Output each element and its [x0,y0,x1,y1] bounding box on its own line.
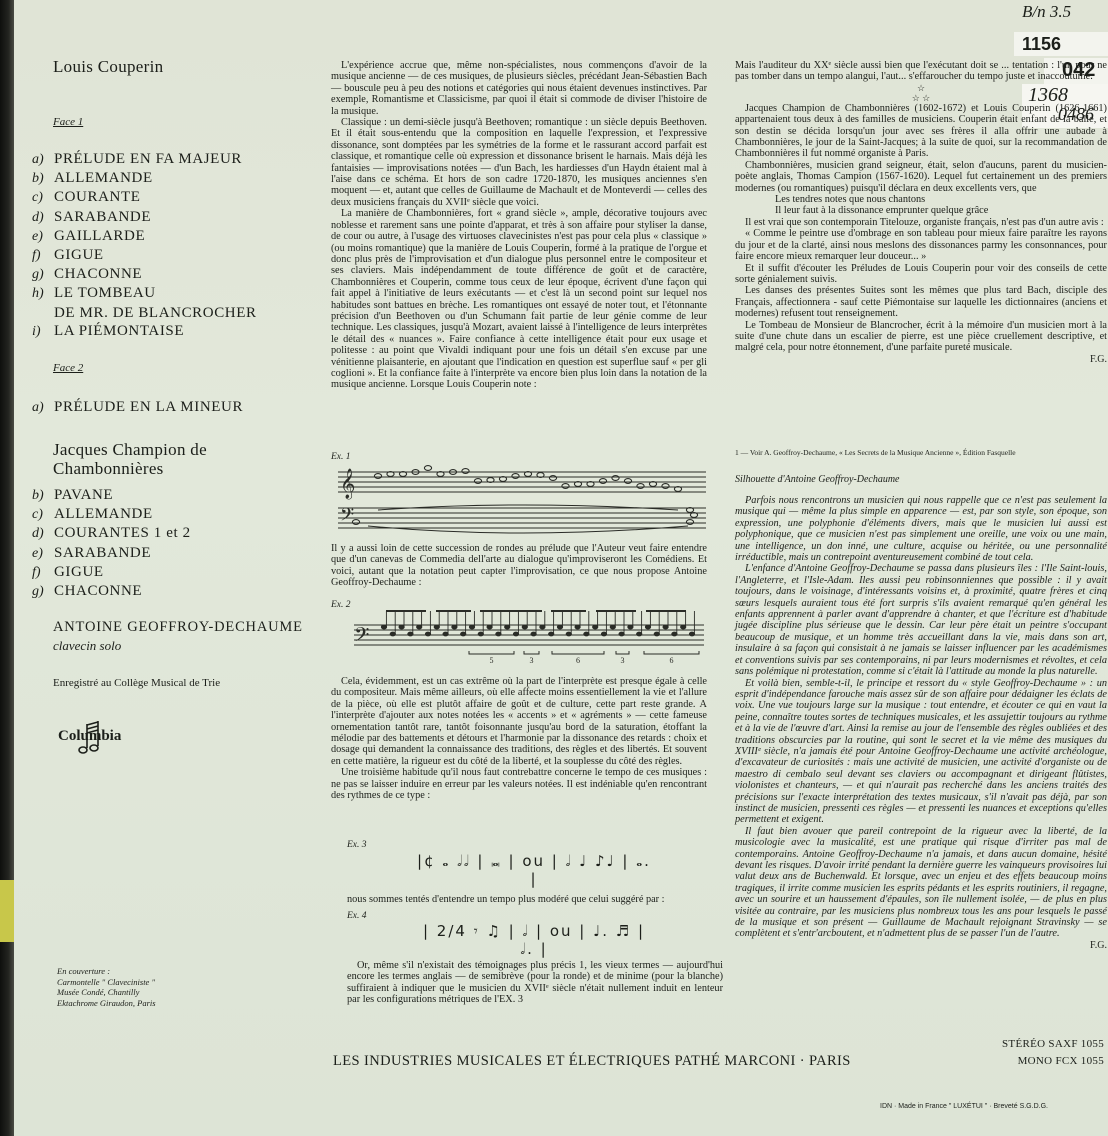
liner-notes-middle-2: Il y a aussi loin de cette succession de… [331,543,707,589]
track-item: e)SARABANDE [32,544,191,563]
track-letter: a) [32,151,54,169]
track-letter: b) [32,170,54,188]
liner-notes-middle-5: Or, même s'il n'existait des témoignages… [347,960,723,1006]
track-title: CHACONNE [54,583,142,599]
paragraph: Il faut bien avouer que pareil contrepoi… [735,826,1107,940]
track-item: g)CHACONNE [32,582,191,601]
svg-text:𝄢: 𝄢 [340,505,354,530]
track-item: c)COURANTE [32,188,257,207]
face-2-tracklist: b)PAVANEc)ALLEMANDEd)COURANTES 1 et 2e)S… [32,486,191,601]
mono-catalog-number: MONO FCX 1055 [954,1053,1104,1070]
inventory-sticker-1: 1156 [1014,32,1108,56]
svg-text:𝄞: 𝄞 [340,468,355,500]
inventory-number-1: 1156 [1022,34,1061,55]
record-sleeve-back: B/n 3.5 1156 042 1368 0486 Louis Couperi… [14,0,1108,1136]
track-item: d)SARABANDE [32,208,257,227]
track-letter: d) [32,209,54,227]
credit-line: Carmontelle " Claveciniste " [57,977,156,988]
face-1-tracklist: a)PRÉLUDE EN FA MAJEURb)ALLEMANDEc)COURA… [32,150,257,341]
track-title: GIGUE [54,247,104,263]
composer-heading-couperin: Louis Couperin [53,57,163,77]
credit-line: En couverture : [57,966,156,977]
track-letter: e) [32,228,54,246]
track-title: GAILLARDE [54,228,145,244]
composer-line-1: Jacques Champion de [53,440,207,459]
example-3-rhythm: |¢ 𝅝 𝅗𝅥𝅗𝅥 | 𝅜 | ou | 𝅗𝅥 ♩ ♪♩ | 𝅝. | [414,852,654,888]
paragraph: Parfois nous rencontrons un musicien qui… [735,495,1107,563]
svg-text:3: 3 [621,656,625,665]
svg-text:6: 6 [576,656,580,665]
track-letter: c) [32,189,54,207]
paragraph: Jacques Champion de Chambonnières (1602-… [735,103,1107,160]
track-title: COURANTES 1 et 2 [54,525,191,541]
paragraph: Les danses des présentes Suites sont les… [735,285,1107,319]
silhouette-heading: Silhouette d'Antoine Geoffroy-Dechaume [735,474,900,485]
example-4-label: Ex. 4 [347,911,367,921]
track-item: DE MR. DE BLANCROCHER [32,304,257,322]
track-title: PRÉLUDE EN LA MINEUR [54,399,243,415]
performer-name: ANTOINE GEOFFROY-DECHAUME [53,619,303,636]
paragraph: Cela, évidemment, est un cas extrême où … [331,676,707,767]
track-letter: d) [32,525,54,543]
track-item: a)PRÉLUDE EN FA MAJEUR [32,150,257,169]
track-letter: f) [32,564,54,582]
track-title: ALLEMANDE [54,506,153,522]
music-example-2-score: 𝄢 53636 [354,605,704,667]
footnote: 1 — Voir A. Geoffroy-Dechaume, « Les Sec… [735,448,1016,457]
paragraph: Et voilà bien, semble-t-il, le principe … [735,678,1107,826]
liner-notes-middle-top: L'expérience accrue que, même non-spécia… [331,60,707,391]
face-2-label: Face 2 [53,362,83,374]
track-item: b)PAVANE [32,486,191,505]
paragraph: Chambonnières, musicien grand seigneur, … [735,160,1107,194]
poem-line: Les tendres notes que nous chantons [735,194,1107,205]
track-item: h)LE TOMBEAU [32,284,257,303]
track-letter: c) [32,506,54,524]
composer-heading-chambonnieres: Jacques Champion de Chambonnières [53,440,207,478]
manufacturer-notice: IDN · Made in France " LUXÉTUI " · Breve… [880,1103,1048,1110]
paragraph: Et il suffit d'écouter les Préludes de L… [735,263,1107,286]
silhouette-text: Parfois nous rencontrons un musicien qui… [735,495,1107,951]
track-letter: g) [32,583,54,601]
cover-credits: En couverture :Carmontelle " Clavecinist… [57,966,156,1008]
track-item: f)GIGUE [32,246,257,265]
track-title: SARABANDE [54,209,151,225]
track-item: a)PRÉLUDE EN LA MINEUR [32,398,243,417]
recording-venue: Enregistré au Collège Musical de Trie [53,677,220,689]
instrument-label: clavecin solo [53,638,121,654]
track-item: c)ALLEMANDE [32,505,191,524]
paragraph: Il y a aussi loin de cette succession de… [331,543,707,589]
track-title: LA PIÉMONTAISE [54,323,184,339]
paragraph: nous sommes tentés d'entendre un tempo p… [347,894,723,905]
paragraph: Il est vrai que son contemporain Titelou… [735,217,1107,228]
svg-text:5: 5 [490,656,494,665]
track-letter: e) [32,545,54,563]
record-sleeve-spine [0,0,14,1136]
liner-notes-right: Mais l'auditeur du XXᵉ siècle aussi bien… [735,60,1107,365]
track-letter: h) [32,285,54,303]
track-letter: f) [32,247,54,265]
track-title: GIGUE [54,564,104,580]
example-3-label: Ex. 3 [347,840,367,850]
track-item: e)GAILLARDE [32,227,257,246]
author-signature: F.G. [735,354,1107,365]
paragraph: La manière de Chambonnières, fort « gran… [331,208,707,391]
columbia-wordmark: Columbia [58,728,121,745]
svg-text:𝄢: 𝄢 [354,623,369,651]
track-item: d)COURANTES 1 et 2 [32,524,191,543]
section-divider-stars: ☆☆ ☆ [735,83,1107,103]
paragraph: Or, même s'il n'existait des témoignages… [347,960,723,1006]
svg-text:6: 6 [670,656,674,665]
liner-notes-middle-4: nous sommes tentés d'entendre un tempo p… [347,894,723,905]
track-item: i)LA PIÉMONTAISE [32,322,257,341]
stereo-catalog-number: STÉRÉO SAXF 1055 [954,1036,1104,1053]
track-title: ALLEMANDE [54,170,153,186]
credit-line: Musée Condé, Chantilly [57,987,156,998]
track-title: PRÉLUDE EN FA MAJEUR [54,151,242,167]
publisher-line: LES INDUSTRIES MUSICALES ET ÉLECTRIQUES … [333,1053,851,1070]
track-item: b)ALLEMANDE [32,169,257,188]
track-title: CHACONNE [54,266,142,282]
track-title: DE MR. DE BLANCROCHER [54,305,257,321]
paragraph: Le Tombeau de Monsieur de Blancrocher, é… [735,320,1107,354]
paragraph: Mais l'auditeur du XXᵉ siècle aussi bien… [735,60,1107,83]
music-example-1-score: 𝄞 𝄢 [338,460,706,538]
paragraph: L'expérience accrue que, même non-spécia… [331,60,707,117]
track-letter: i) [32,323,54,341]
example-2-label: Ex. 2 [331,600,351,610]
face-2-track-a: a)PRÉLUDE EN LA MINEUR [32,398,243,417]
spine-tape [0,880,14,942]
credit-line: Ektachrome Giraudon, Paris [57,998,156,1009]
liner-notes-middle-3: Cela, évidemment, est un cas extrême où … [331,676,707,801]
track-item: g)CHACONNE [32,265,257,284]
track-title: PAVANE [54,487,113,503]
track-item: f)GIGUE [32,563,191,582]
track-letter: b) [32,487,54,505]
track-title: SARABANDE [54,545,151,561]
track-title: LE TOMBEAU [54,285,156,301]
paragraph: L'enfance d'Antoine Geoffroy-Dechaume se… [735,563,1107,677]
svg-text:3: 3 [530,656,534,665]
columbia-logo: Columbia [58,718,138,762]
example-4-rhythm: | 2/4 𝄾 ♫ | 𝅗𝅥 | ou | ♩. ♬ | 𝅗𝅥. | [414,922,654,958]
handwritten-shelf-mark: B/n 3.5 [1022,2,1071,22]
catalog-numbers: STÉRÉO SAXF 1055 MONO FCX 1055 [954,1036,1104,1070]
composer-line-2: Chambonnières [53,459,207,478]
paragraph: Classique : un demi-siècle jusqu'à Beeth… [331,117,707,208]
quote: « Comme le peintre use d'ombrage en son … [735,228,1107,262]
author-signature: F.G. [735,940,1107,951]
track-letter: a) [32,399,54,417]
paragraph: Une troisième habitude qu'il nous faut c… [331,767,707,801]
poem-line: Il leur faut à la dissonance emprunter q… [735,205,1107,216]
track-letter: g) [32,266,54,284]
face-1-label: Face 1 [53,116,83,128]
track-title: COURANTE [54,189,140,205]
